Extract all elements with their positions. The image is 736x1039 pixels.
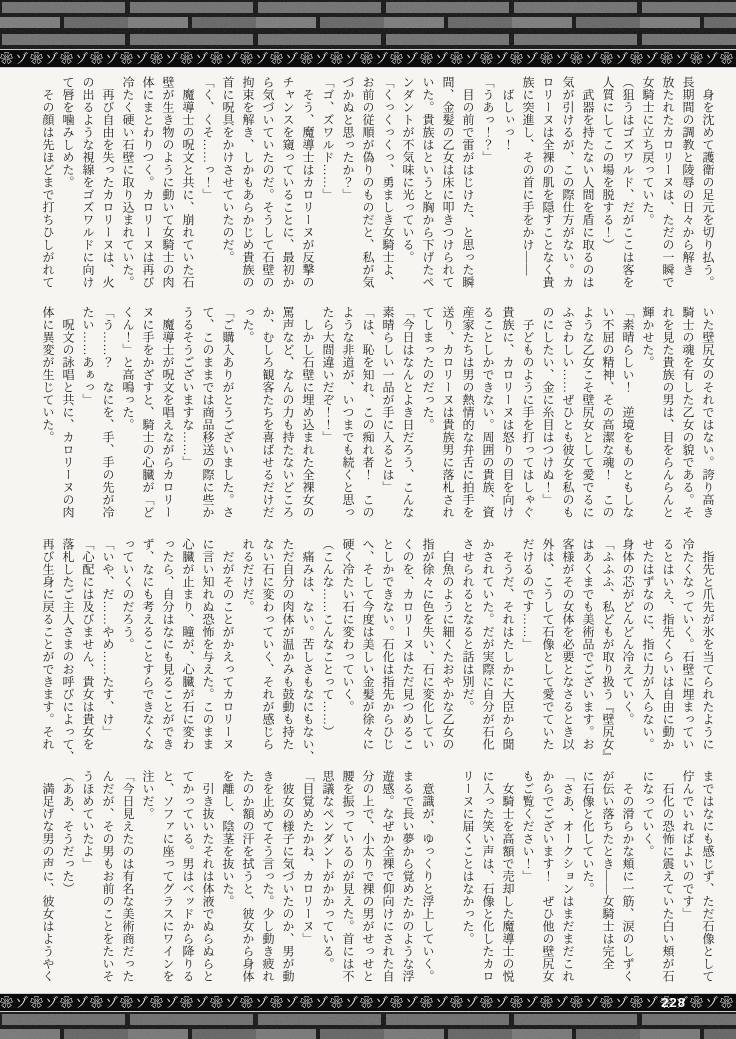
text-band-2: いた壁尻女のそれではない。誇り高き 騎士の魂を有した乙女の貌である。そ れを見た… <box>12 306 718 532</box>
text-area: 身を沈めて護衛の足元を切り払う。 長期間の調教と陵辱の日々から解き 放たれたカロ… <box>0 68 736 993</box>
text-band-4: まではなにも感じず、ただ石像として 佇んでいればよいのです」 石化の恐怖に震えて… <box>12 770 718 989</box>
text-band-3: 指先と爪先が氷を当てられたように 冷たくなっていく。石壁に埋まってい るとはいえ… <box>12 538 718 764</box>
ornament-pattern-bottom: ❀ゾ❀ゾ❀ゾ❀ゾ❀ゾ❀ゾ❀ゾ❀ゾ❀ゾ❀ゾ❀ゾ❀ゾ❀ゾ❀ゾ❀ゾ❀ゾ❀ゾ❀ゾ❀ゾ❀ゾ… <box>0 995 736 1010</box>
stone-wall-top-border <box>0 0 736 49</box>
stone-wall-bottom-border <box>0 1012 736 1039</box>
ornament-pattern-top: ❀ゾ❀ゾ❀ゾ❀ゾ❀ゾ❀ゾ❀ゾ❀ゾ❀ゾ❀ゾ❀ゾ❀ゾ❀ゾ❀ゾ❀ゾ❀ゾ❀ゾ❀ゾ❀ゾ❀ゾ… <box>0 51 736 66</box>
ornament-band-bottom: ❀ゾ❀ゾ❀ゾ❀ゾ❀ゾ❀ゾ❀ゾ❀ゾ❀ゾ❀ゾ❀ゾ❀ゾ❀ゾ❀ゾ❀ゾ❀ゾ❀ゾ❀ゾ❀ゾ❀ゾ… <box>0 993 736 1012</box>
book-page: ❀ゾ❀ゾ❀ゾ❀ゾ❀ゾ❀ゾ❀ゾ❀ゾ❀ゾ❀ゾ❀ゾ❀ゾ❀ゾ❀ゾ❀ゾ❀ゾ❀ゾ❀ゾ❀ゾ❀ゾ… <box>0 0 736 1039</box>
text-band-1: 身を沈めて護衛の足元を切り払う。 長期間の調教と陵辱の日々から解き 放たれたカロ… <box>12 76 718 300</box>
ornament-band-top: ❀ゾ❀ゾ❀ゾ❀ゾ❀ゾ❀ゾ❀ゾ❀ゾ❀ゾ❀ゾ❀ゾ❀ゾ❀ゾ❀ゾ❀ゾ❀ゾ❀ゾ❀ゾ❀ゾ❀ゾ… <box>0 49 736 68</box>
page-number: 228 <box>661 993 686 1012</box>
